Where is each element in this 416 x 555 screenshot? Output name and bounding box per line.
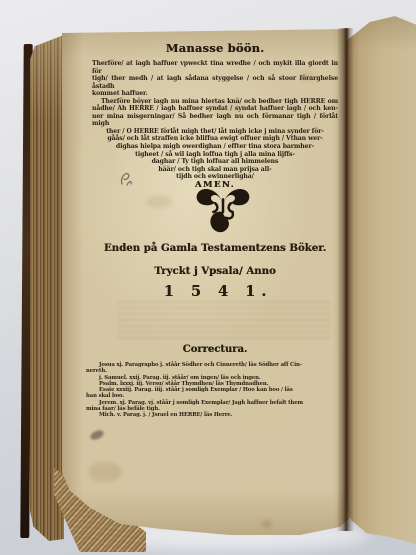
prayer-line: ner mina misgerningar/ Så bedher iagh nu… [92, 113, 338, 128]
prayer-line: ther / O HERRE förlåt migh thet/ låt mig… [92, 128, 338, 136]
prayer-line: tigheet / så wil iagh loffua tigh j alla… [92, 151, 338, 159]
prayer-line: tigh/ ther medh / at iagh sådana styggel… [92, 75, 338, 90]
prayer-text: Therföre/ at iagh haffuer vpweckt tina w… [92, 60, 338, 189]
imprint-line: Tryckt j Vpsala/ Anno [88, 265, 342, 277]
prayer-line: kommet haffuer. [92, 90, 338, 98]
page-stain [88, 462, 122, 482]
errata-list: Josua xj. Paragrapho j. ståår Södher och… [86, 362, 344, 419]
page-stack-edges [30, 33, 64, 541]
book-gutter-shadow [337, 28, 354, 531]
correctura-heading: Correctura. [95, 344, 335, 355]
errata-line: Mich. v. Parag. j. / Jsrael en HERRE/ lä… [86, 412, 344, 418]
prayer-line: Therföre böyer iagh nu mina hiertas knä/… [92, 98, 338, 106]
page-stain [262, 520, 272, 528]
imprint-year: 1 5 4 1. [88, 283, 342, 300]
prayer-line: nådhe/ Ah HERRE / iagh haffuer syndat / … [92, 105, 338, 113]
old-testament-end-line: Enden på Gamla Testamentzens Böker. [88, 242, 342, 254]
prayer-line: gåås/ och låt straffen icke bliffua ewig… [92, 135, 338, 143]
show-through-text [118, 301, 330, 343]
fleuron-ornament-icon [194, 185, 252, 239]
prayer-line: daghar / Ty tigh loffuar all himmelens [92, 158, 338, 166]
right-page [346, 14, 416, 544]
prayer-line: Therföre/ at iagh haffuer vpweckt tina w… [92, 60, 338, 75]
page-title: Manasse böön. [95, 41, 335, 55]
prayer-line: häär/ och tigh skal man prijsa all- [92, 166, 338, 174]
prayer-line: dighas hielpa migh owerdighan / effter t… [92, 143, 338, 151]
page-stain [146, 196, 172, 208]
